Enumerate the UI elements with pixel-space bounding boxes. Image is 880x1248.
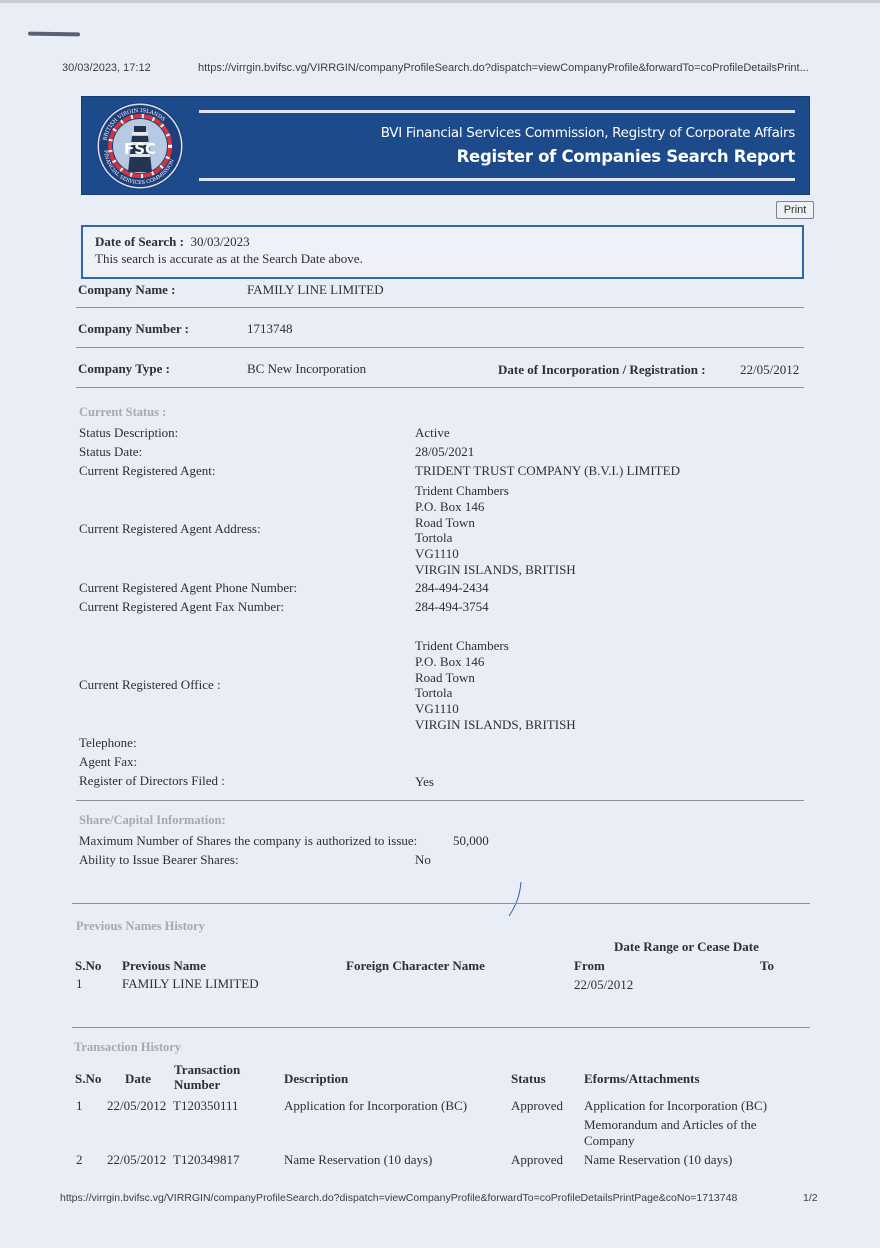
print-url: https://virrgin.bvifsc.vg/VIRRGIN/compan… — [198, 62, 809, 74]
transaction-history-heading: Transaction History — [74, 1040, 181, 1055]
col-previous-name: Previous Name — [122, 958, 206, 974]
address-line: Road Town — [415, 670, 576, 686]
divider — [76, 307, 804, 308]
row-from: 22/05/2012 — [574, 977, 633, 993]
row-sno: 2 — [76, 1152, 83, 1168]
row-status: Approved — [511, 1098, 563, 1114]
scan-mark — [28, 32, 80, 37]
attachment-link[interactable]: Application for Incorporation (BC) — [584, 1098, 767, 1114]
agent-fax2-label: Agent Fax: — [79, 754, 137, 770]
company-type-value: BC New Incorporation — [247, 361, 366, 377]
search-info-box: Date of Search : 30/03/2023 This search … — [81, 225, 804, 279]
directors-filed-label: Register of Directors Filed : — [79, 773, 225, 789]
row-date: 22/05/2012 — [107, 1098, 166, 1114]
company-number-label: Company Number : — [78, 321, 189, 337]
current-status-heading: Current Status : — [79, 405, 166, 420]
row-previous-name: FAMILY LINE LIMITED — [122, 976, 259, 992]
pen-mark — [505, 880, 525, 920]
row-transaction-number: T120350111 — [173, 1098, 238, 1114]
col-description: Description — [284, 1071, 348, 1087]
status-description-label: Status Description: — [79, 425, 178, 441]
col-attachments: Eforms/Attachments — [584, 1071, 700, 1087]
divider — [72, 1027, 810, 1028]
bearer-shares-label: Ability to Issue Bearer Shares: — [79, 852, 239, 868]
address-line: VIRGIN ISLANDS, BRITISH — [415, 717, 576, 733]
banner-rule — [199, 178, 795, 181]
col-status: Status — [511, 1071, 546, 1087]
status-date-label: Status Date: — [79, 444, 142, 460]
address-line: Trident Chambers — [415, 483, 576, 499]
col-foreign-name: Foreign Character Name — [346, 958, 485, 974]
svg-text:FSC: FSC — [124, 140, 156, 158]
registered-agent-label: Current Registered Agent: — [79, 463, 215, 479]
company-name-value: FAMILY LINE LIMITED — [247, 282, 384, 298]
banner-title: Register of Companies Search Report — [457, 147, 795, 166]
max-shares-label: Maximum Number of Shares the company is … — [79, 833, 417, 849]
agent-fax-label: Current Registered Agent Fax Number: — [79, 599, 284, 615]
divider — [76, 800, 804, 801]
share-capital-heading: Share/Capital Information: — [79, 813, 226, 828]
directors-filed-value: Yes — [415, 774, 434, 790]
address-line: Road Town — [415, 515, 576, 531]
company-number-value: 1713748 — [247, 321, 293, 337]
fsc-banner: FSC BRITISH VIRGIN ISLANDS FINANCIAL SER… — [81, 96, 810, 195]
attachment-link[interactable]: Name Reservation (10 days) — [584, 1152, 732, 1168]
company-type-label: Company Type : — [78, 361, 170, 377]
address-line: Tortola — [415, 530, 576, 546]
bearer-shares-value: No — [415, 852, 431, 868]
divider — [76, 347, 804, 348]
company-name-label: Company Name : — [78, 282, 176, 298]
previous-names-heading: Previous Names History — [76, 919, 205, 934]
row-status: Approved — [511, 1152, 563, 1168]
address-line: VG1110 — [415, 546, 576, 562]
page-edge — [0, 0, 880, 3]
footer-url: https://virrgin.bvifsc.vg/VIRRGIN/compan… — [60, 1192, 737, 1204]
row-transaction-number: T120349817 — [173, 1152, 239, 1168]
col-transaction-number: Transaction Number — [174, 1062, 244, 1092]
registered-office-value: Trident Chambers P.O. Box 146 Road Town … — [415, 638, 576, 733]
row-sno: 1 — [76, 1098, 83, 1114]
address-line: P.O. Box 146 — [415, 654, 576, 670]
registered-agent-value: TRIDENT TRUST COMPANY (B.V.I.) LIMITED — [415, 463, 680, 479]
address-line: VIRGIN ISLANDS, BRITISH — [415, 562, 576, 578]
address-line: Tortola — [415, 685, 576, 701]
print-button[interactable]: Print — [776, 201, 814, 219]
banner-rule — [199, 110, 795, 113]
banner-subtitle: BVI Financial Services Commission, Regis… — [381, 125, 795, 141]
telephone-label: Telephone: — [79, 735, 137, 751]
incorporation-date-label: Date of Incorporation / Registration : — [498, 362, 706, 378]
attachment-link[interactable]: Memorandum and Articles of the Company — [584, 1117, 794, 1149]
fsc-logo-icon: FSC BRITISH VIRGIN ISLANDS FINANCIAL SER… — [96, 102, 184, 190]
agent-address-label: Current Registered Agent Address: — [79, 521, 261, 537]
status-description-value: Active — [415, 425, 450, 441]
search-date-value: 30/03/2023 — [190, 234, 249, 249]
registered-office-label: Current Registered Office : — [79, 677, 221, 693]
agent-phone-value: 284-494-2434 — [415, 580, 489, 596]
row-date: 22/05/2012 — [107, 1152, 166, 1168]
incorporation-date-value: 22/05/2012 — [740, 362, 799, 378]
row-description: Name Reservation (10 days) — [284, 1152, 432, 1168]
search-accuracy-note: This search is accurate as at the Search… — [95, 251, 363, 267]
row-sno: 1 — [76, 976, 83, 992]
agent-phone-label: Current Registered Agent Phone Number: — [79, 580, 297, 596]
address-line: Trident Chambers — [415, 638, 576, 654]
date-range-header: Date Range or Cease Date — [614, 939, 759, 955]
search-date-label: Date of Search : — [95, 234, 184, 249]
address-line: VG1110 — [415, 701, 576, 717]
col-to: To — [760, 958, 774, 974]
divider — [72, 903, 810, 904]
col-from: From — [574, 958, 605, 974]
page-number: 1/2 — [803, 1192, 818, 1204]
col-sno: S.No — [75, 1071, 101, 1087]
divider — [76, 387, 804, 388]
agent-fax-value: 284-494-3754 — [415, 599, 489, 615]
address-line: P.O. Box 146 — [415, 499, 576, 515]
col-date: Date — [125, 1071, 151, 1087]
col-sno: S.No — [75, 958, 101, 974]
row-description: Application for Incorporation (BC) — [284, 1098, 467, 1114]
max-shares-value: 50,000 — [453, 833, 489, 849]
print-datetime: 30/03/2023, 17:12 — [62, 62, 151, 74]
status-date-value: 28/05/2021 — [415, 444, 474, 460]
agent-address-value: Trident Chambers P.O. Box 146 Road Town … — [415, 483, 576, 578]
